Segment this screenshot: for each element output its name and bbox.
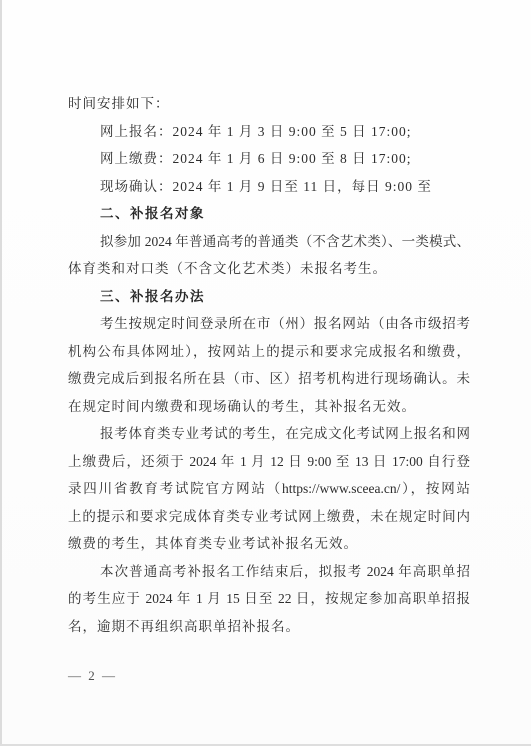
paragraph-line: 名，逾期不再组织高职单招补报名。 (68, 613, 470, 641)
page-number: — 2 — (68, 668, 117, 684)
schedule-line: 现场确认：2024 年 1 月 9 日至 11 日，每日 9:00 至 17:0… (68, 173, 470, 201)
paragraph-line: 体育类和对口类（不含文化艺术类）未报名考生。 (68, 255, 470, 283)
schedule-line: 网上报名：2024 年 1 月 3 日 9:00 至 5 日 17:00; (68, 118, 470, 146)
paragraph-line: 在规定时间内缴费和现场确认的考生，其补报名无效。 (68, 393, 470, 421)
paragraph-line: 缴费的考生，其体育类专业考试补报名无效。 (68, 530, 470, 558)
document-page: 时间安排如下： 网上报名：2024 年 1 月 3 日 9:00 至 5 日 1… (0, 0, 531, 746)
paragraph-line: 的考生应于 2024 年 1 月 15 日至 22 日，按规定参加高职单招报 (68, 585, 470, 613)
paragraph-line: 上缴费后，还须于 2024 年 1 月 12 日 9:00 至 13 日 17:… (68, 448, 470, 476)
paragraph-line: 上的提示和要求完成体育类专业考试网上缴费，未在规定时间内 (68, 503, 470, 531)
paragraph-line: 缴费完成后到报名所在县（市、区）招考机构进行现场确认。未 (68, 365, 470, 393)
paragraph-line: 考生按规定时间登录所在市（州）报名网站（由各市级招考 (68, 310, 470, 338)
document-body: 时间安排如下： 网上报名：2024 年 1 月 3 日 9:00 至 5 日 1… (68, 90, 470, 640)
paragraph-line: 拟参加 2024 年普通高考的普通类（不含艺术类）、一类模式、 (68, 228, 470, 256)
paragraph-line: 时间安排如下： (68, 90, 470, 118)
paragraph-line: 本次普通高考补报名工作结束后，拟报考 2024 年高职单招 (68, 558, 470, 586)
paragraph-line: 机构公布具体网址），按网站上的提示和要求完成报名和缴费， (68, 338, 470, 366)
section-heading-2: 二、补报名对象 (68, 200, 470, 228)
schedule-line: 网上缴费：2024 年 1 月 6 日 9:00 至 8 日 17:00; (68, 145, 470, 173)
paragraph-line-url: 录四川省教育考试院官方网站（https://www.sceea.cn/），按网站 (68, 475, 470, 503)
page-left-edge (0, 0, 2, 746)
section-heading-3: 三、补报名办法 (68, 283, 470, 311)
paragraph-line: 报考体育类专业考试的考生，在完成文化考试网上报名和网 (68, 420, 470, 448)
